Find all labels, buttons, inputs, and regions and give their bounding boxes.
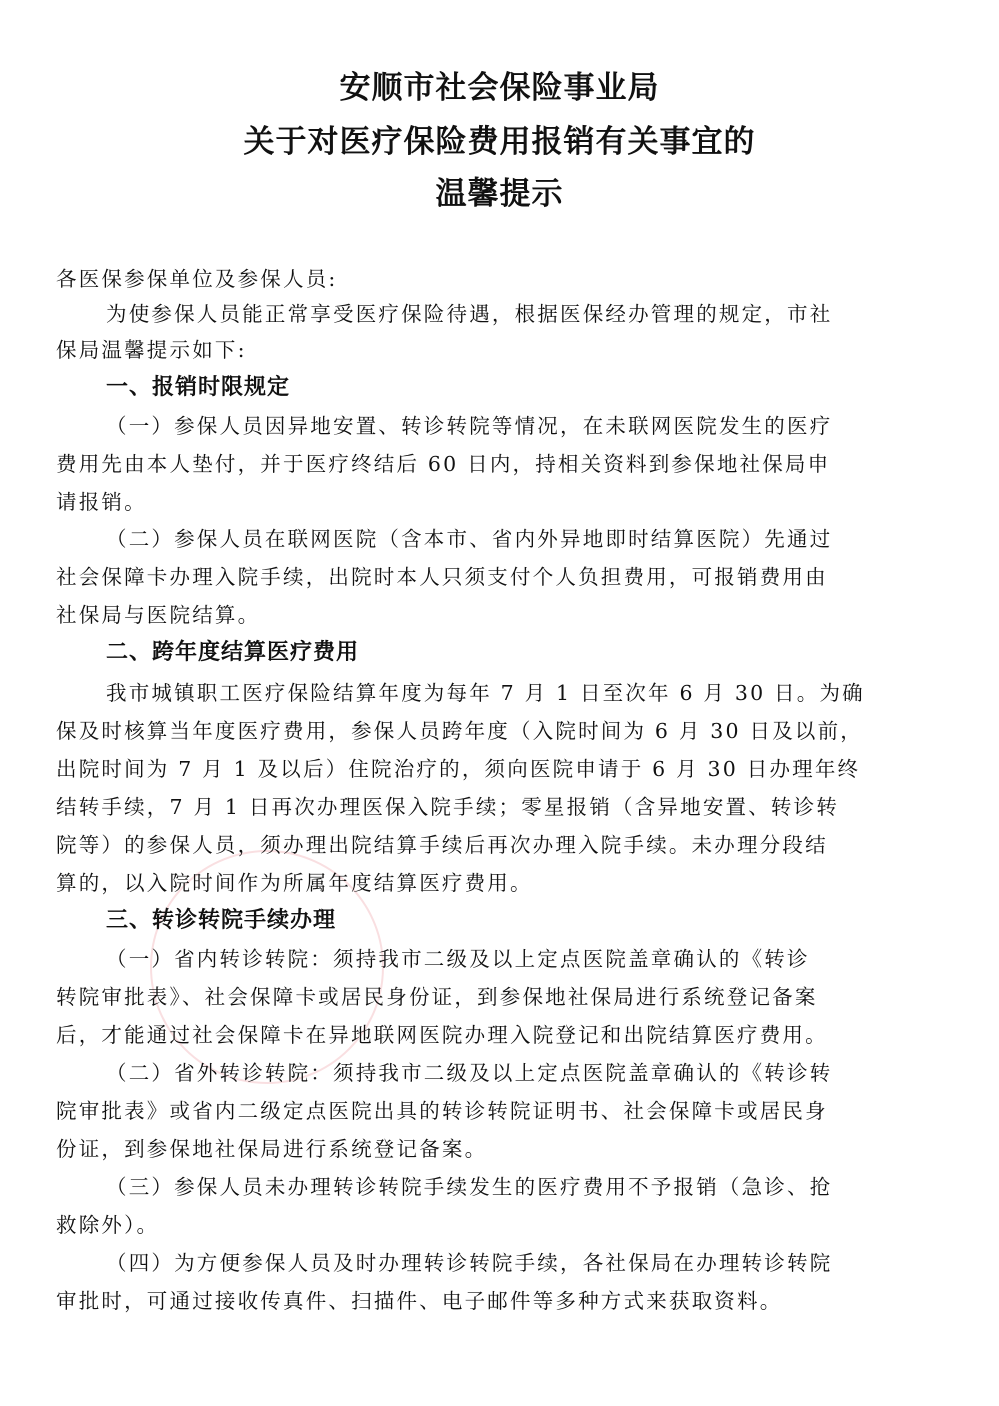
paragraph-line: 份证，到参保地社保局进行系统登记备案。 [56, 1132, 487, 1162]
section-heading: 二、跨年度结算医疗费用 [106, 635, 359, 666]
paragraph-line: （四）为方便参保人员及时办理转诊转院手续，各社保局在办理转诊转院 [106, 1246, 832, 1276]
paragraph-line: 请报销。 [56, 485, 147, 515]
paragraph-line: （二）参保人员在联网医院（含本市、省内外异地即时结算医院）先通过 [106, 522, 832, 552]
paragraph-line: 结转手续，7 月 1 日再次办理医保入院手续；零星报销（含异地安置、转诊转 [56, 790, 839, 820]
paragraph-line: 社会保障卡办理入院手续，出院时本人只须支付个人负担费用，可报销费用由 [56, 560, 828, 590]
paragraph-line: （一）省内转诊转院：须持我市二级及以上定点医院盖章确认的《转诊 [106, 942, 810, 972]
section-heading: 一、报销时限规定 [106, 370, 290, 401]
paragraph-line: （一）参保人员因异地安置、转诊转院等情况，在未联网医院发生的医疗 [106, 409, 832, 439]
paragraph-line: 保及时核算当年度医疗费用，参保人员跨年度（入院时间为 6 月 30 日及以前， [56, 714, 863, 744]
paragraph-line: 转院审批表》、社会保障卡或居民身份证，到参保地社保局进行系统登记备案 [56, 980, 818, 1010]
paragraph-line: （三）参保人员未办理转诊转院手续发生的医疗费用不予报销（急诊、抢 [106, 1170, 832, 1200]
paragraph-line: 社保局与医院结算。 [56, 598, 260, 628]
paragraph-line: 院等）的参保人员，须办理出院结算手续后再次办理入院手续。未办理分段结 [56, 828, 828, 858]
title-line-1: 安顺市社会保险事业局 [0, 62, 999, 107]
intro-line: 为使参保人员能正常享受医疗保险待遇，根据医保经办管理的规定，市社 [106, 297, 832, 327]
paragraph-line: 院审批表》或省内二级定点医院出具的转诊转院证明书、社会保障卡或居民身 [56, 1094, 828, 1124]
paragraph-line: 费用先由本人垫付，并于医疗终结后 60 日内，持相关资料到参保地社保局申 [56, 447, 830, 477]
paragraph-line: 救除外）。 [56, 1208, 159, 1238]
paragraph-line: （二）省外转诊转院：须持我市二级及以上定点医院盖章确认的《转诊转 [106, 1056, 832, 1086]
paragraph-line: 算的，以入院时间作为所属年度结算医疗费用。 [56, 866, 533, 896]
paragraph-line: 后，才能通过社会保障卡在异地联网医院办理入院登记和出院结算医疗费用。 [56, 1018, 828, 1048]
title-line-3: 温馨提示 [0, 168, 999, 213]
section-heading: 三、转诊转院手续办理 [106, 903, 336, 934]
title-line-2: 关于对医疗保险费用报销有关事宜的 [0, 116, 999, 161]
paragraph-line: 出院时间为 7 月 1 及以后）住院治疗的，须向医院申请于 6 月 30 日办理… [56, 752, 860, 782]
intro-line: 保局温馨提示如下: [56, 333, 247, 363]
paragraph-line: 审批时，可通过接收传真件、扫描件、电子邮件等多种方式来获取资料。 [56, 1284, 782, 1314]
salutation: 各医保参保单位及参保人员: [56, 262, 338, 292]
paragraph-line: 我市城镇职工医疗保险结算年度为每年 7 月 1 日至次年 6 月 30 日。为确 [106, 676, 865, 706]
